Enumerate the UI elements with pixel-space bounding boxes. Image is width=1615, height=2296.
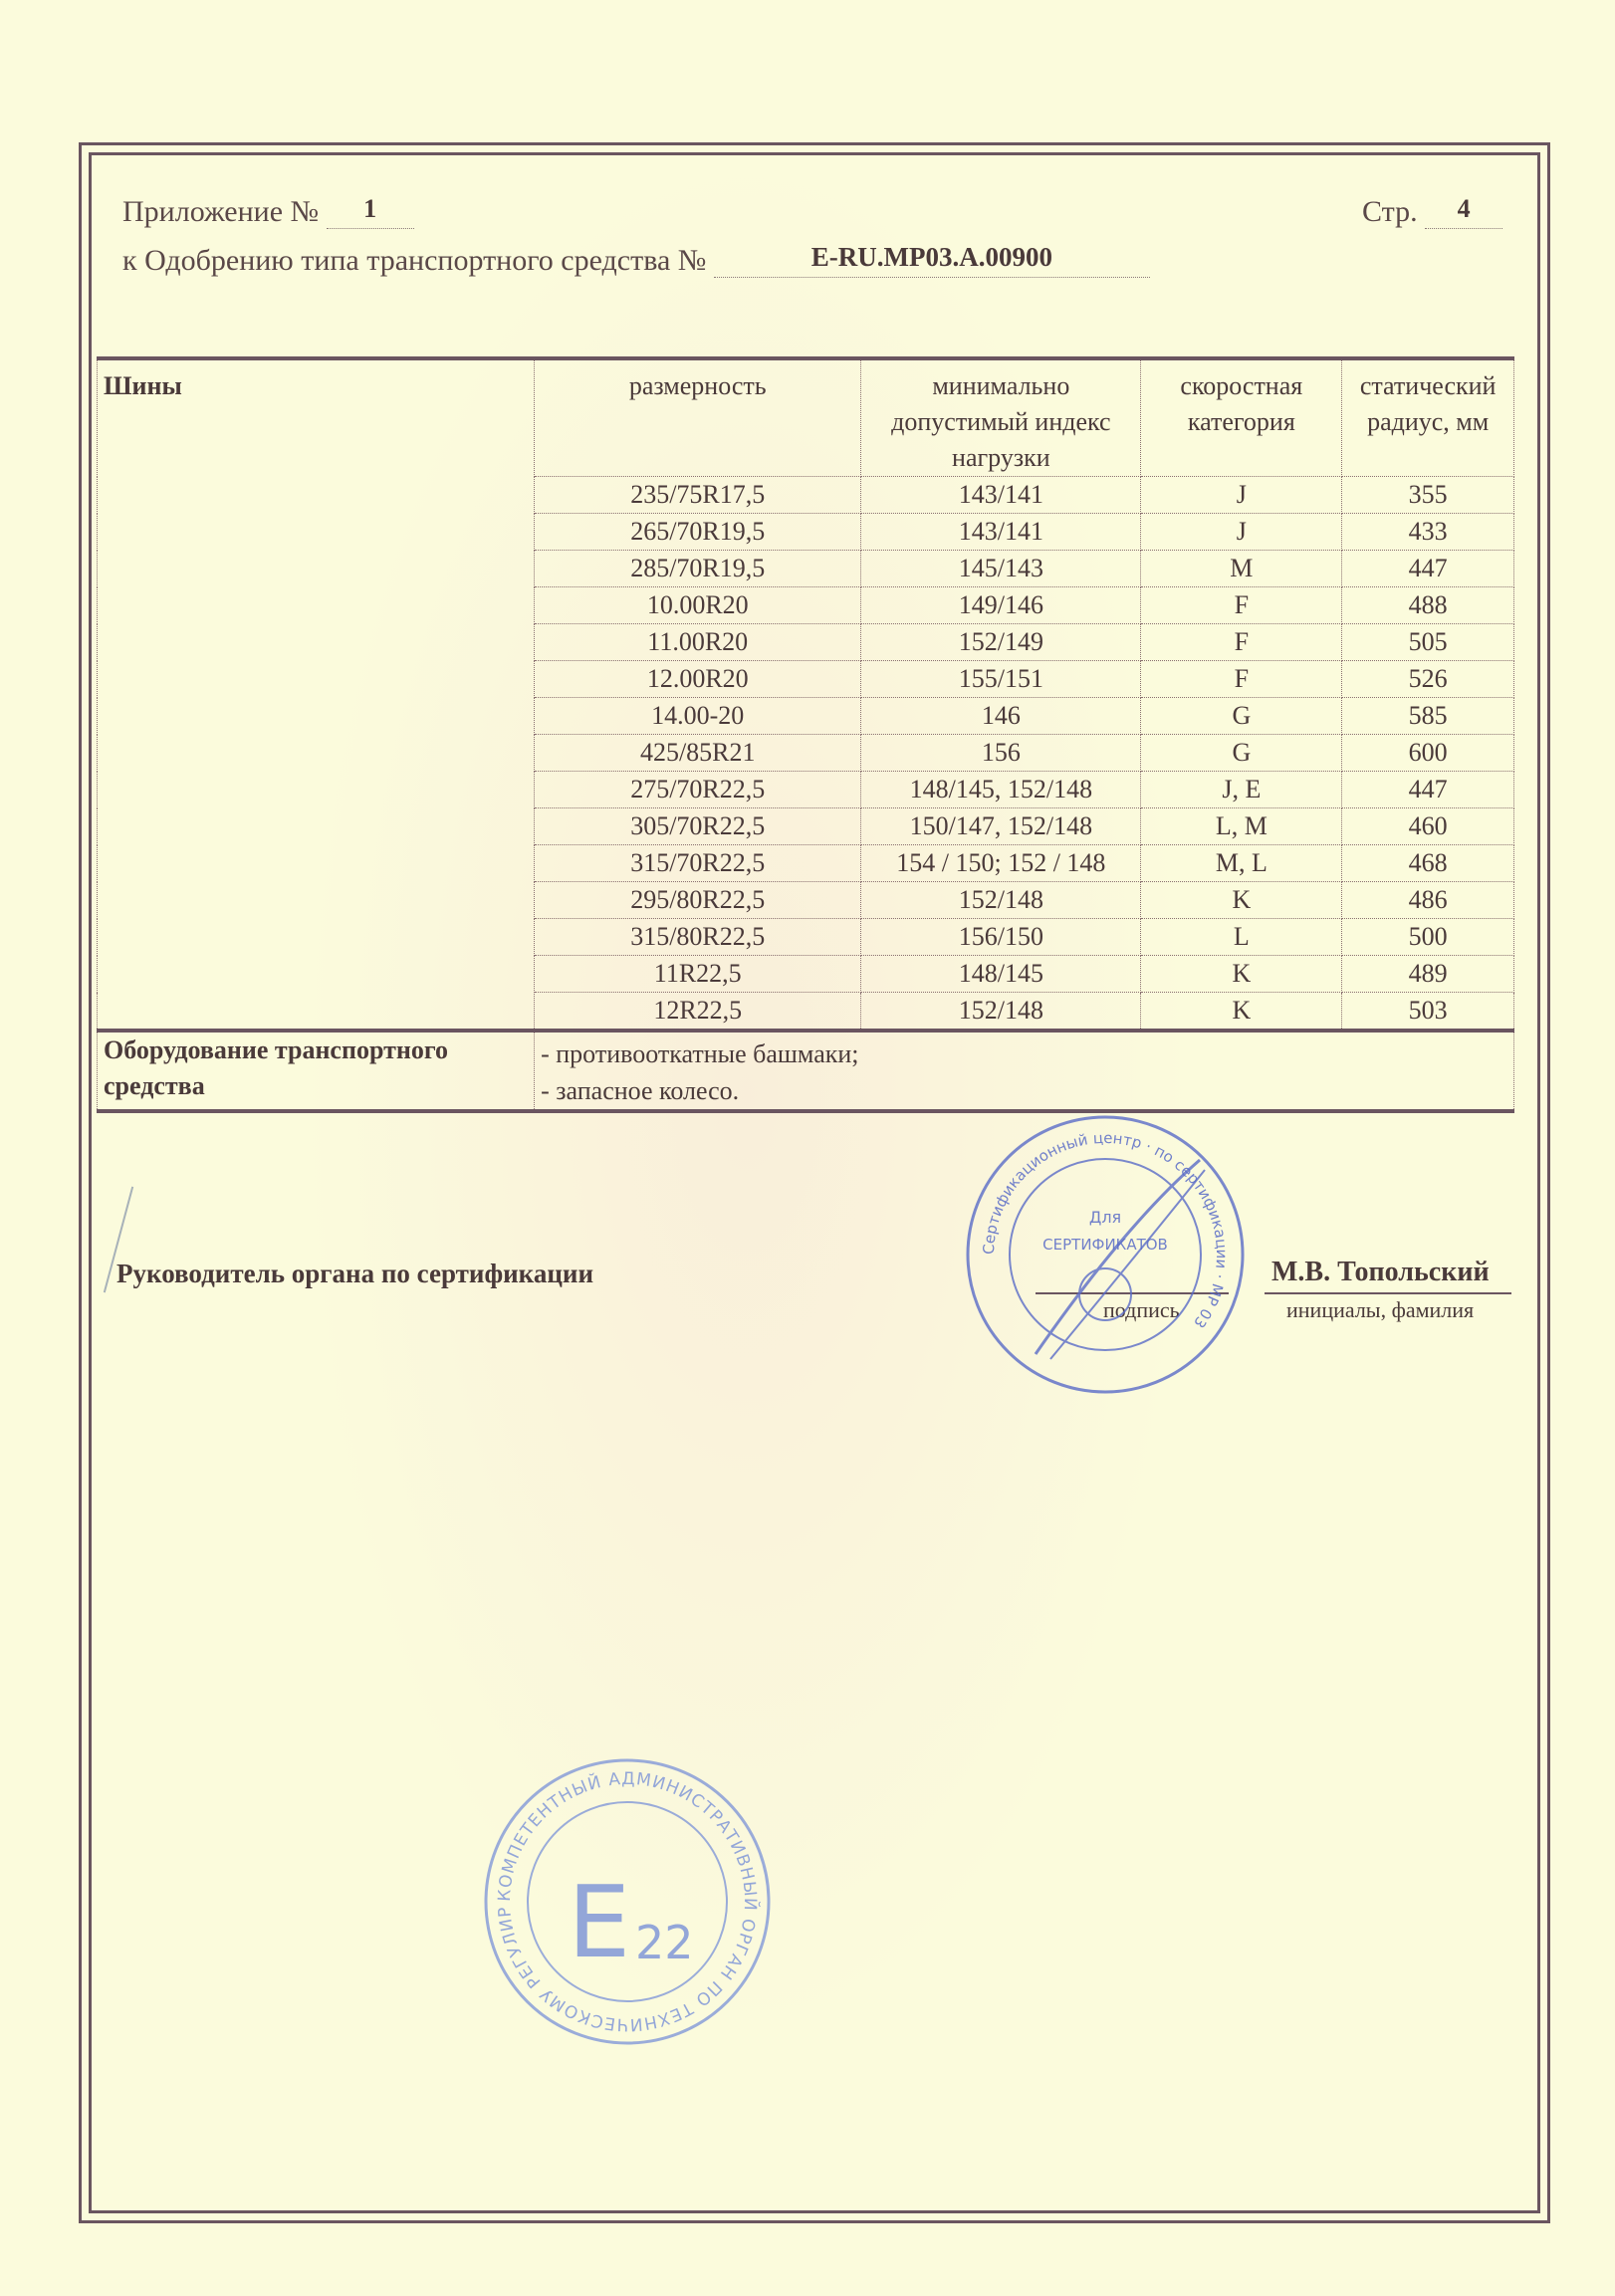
- static-radius-cell: 447: [1342, 772, 1514, 808]
- equipment-label: Оборудование транспортного средства: [98, 1031, 535, 1111]
- static-radius-cell: 355: [1342, 477, 1514, 514]
- speed-category-cell: K: [1141, 882, 1342, 919]
- speed-category-cell: F: [1141, 661, 1342, 698]
- name-caption: инициалы, фамилия: [1286, 1297, 1474, 1323]
- e22-stamp-number: 22: [635, 1916, 694, 1969]
- column-header-load-index: минимально допустимый индекс нагрузки: [861, 358, 1141, 477]
- tyre-size-cell: 10.00R20: [535, 587, 861, 624]
- speed-category-cell: J: [1141, 514, 1342, 551]
- cert-stamp-text-2: СЕРТИФИКАТОВ: [1042, 1236, 1168, 1254]
- static-radius-cell: 489: [1342, 956, 1514, 993]
- tyre-size-cell: 305/70R22,5: [535, 808, 861, 845]
- speed-category-cell: J: [1141, 477, 1342, 514]
- appendix-number-field: 1: [327, 200, 414, 229]
- tyre-size-cell: 315/80R22,5: [535, 919, 861, 956]
- tyre-size-cell: 12R22,5: [535, 993, 861, 1032]
- static-radius-cell: 505: [1342, 624, 1514, 661]
- speed-category-cell: M, L: [1141, 845, 1342, 882]
- tyre-size-cell: 11.00R20: [535, 624, 861, 661]
- page-number: 4: [1425, 194, 1502, 224]
- load-index-cell: 150/147, 152/148: [861, 808, 1141, 845]
- appendix-line: Приложение № 1: [122, 195, 414, 229]
- page-label: Стр.: [1362, 195, 1418, 228]
- tyre-size-cell: 12.00R20: [535, 661, 861, 698]
- load-index-cell: 156: [861, 735, 1141, 772]
- static-radius-cell: 585: [1342, 698, 1514, 735]
- column-header-speed: скоростная категория: [1141, 358, 1342, 477]
- load-index-cell: 149/146: [861, 587, 1141, 624]
- load-index-cell: 145/143: [861, 551, 1141, 587]
- static-radius-cell: 447: [1342, 551, 1514, 587]
- signer-name: М.В. Топольский: [1271, 1257, 1490, 1288]
- load-index-cell: 146: [861, 698, 1141, 735]
- cert-stamp-text-1: Для: [1089, 1208, 1121, 1227]
- speed-category-cell: G: [1141, 735, 1342, 772]
- static-radius-cell: 460: [1342, 808, 1514, 845]
- signatory-title: Руководитель органа по сертификации: [116, 1259, 593, 1289]
- speed-category-cell: M: [1141, 551, 1342, 587]
- tyre-size-cell: 11R22,5: [535, 956, 861, 993]
- static-radius-cell: 500: [1342, 919, 1514, 956]
- load-index-cell: 152/149: [861, 624, 1141, 661]
- column-header-size: размерность: [535, 358, 861, 477]
- load-index-cell: 156/150: [861, 919, 1141, 956]
- load-index-cell: 148/145, 152/148: [861, 772, 1141, 808]
- appendix-label: Приложение №: [122, 195, 319, 228]
- tyre-size-cell: 425/85R21: [535, 735, 861, 772]
- load-index-cell: 148/145: [861, 956, 1141, 993]
- tyre-size-cell: 285/70R19,5: [535, 551, 861, 587]
- tyres-header-row: Шины размерность минимально допустимый и…: [98, 358, 1514, 477]
- speed-category-cell: F: [1141, 624, 1342, 661]
- static-radius-cell: 503: [1342, 993, 1514, 1032]
- certification-stamp-icon: Сертификационный центр · по сертификации…: [956, 1105, 1255, 1404]
- speed-category-cell: K: [1141, 993, 1342, 1032]
- speed-category-cell: F: [1141, 587, 1342, 624]
- speed-category-cell: G: [1141, 698, 1342, 735]
- load-index-cell: 152/148: [861, 993, 1141, 1032]
- tyre-size-cell: 315/70R22,5: [535, 845, 861, 882]
- page-number-field: 4: [1425, 200, 1502, 229]
- approval-label: к Одобрению типа транспортного средства …: [122, 244, 706, 277]
- name-line: [1265, 1292, 1511, 1294]
- equipment-list: - противооткатные башмаки; - запасное ко…: [535, 1031, 1514, 1111]
- load-index-cell: 154 / 150; 152 / 148: [861, 845, 1141, 882]
- tyre-size-cell: 295/80R22,5: [535, 882, 861, 919]
- load-index-cell: 152/148: [861, 882, 1141, 919]
- static-radius-cell: 488: [1342, 587, 1514, 624]
- speed-category-cell: K: [1141, 956, 1342, 993]
- speed-category-cell: L: [1141, 919, 1342, 956]
- column-header-radius: статический радиус, мм: [1342, 358, 1514, 477]
- page-number-line: Стр. 4: [1362, 195, 1502, 229]
- specification-table: Шины размерность минимально допустимый и…: [97, 356, 1514, 1113]
- e22-stamp-mark: E: [568, 1864, 630, 1980]
- appendix-number: 1: [327, 194, 414, 224]
- speed-category-cell: J, E: [1141, 772, 1342, 808]
- static-radius-cell: 433: [1342, 514, 1514, 551]
- approval-number-field: E-RU.MP03.A.00900: [714, 249, 1150, 278]
- approval-number: E-RU.MP03.A.00900: [714, 242, 1150, 273]
- tyre-size-cell: 265/70R19,5: [535, 514, 861, 551]
- tyre-size-cell: 235/75R17,5: [535, 477, 861, 514]
- e22-approval-stamp-icon: КОМПЕТЕНТНЫЙ АДМИНИСТРАТИВНЫЙ ОРГАН ПО Т…: [468, 1752, 787, 2051]
- static-radius-cell: 486: [1342, 882, 1514, 919]
- tyre-size-cell: 14.00-20: [535, 698, 861, 735]
- load-index-cell: 143/141: [861, 514, 1141, 551]
- load-index-cell: 143/141: [861, 477, 1141, 514]
- static-radius-cell: 600: [1342, 735, 1514, 772]
- static-radius-cell: 526: [1342, 661, 1514, 698]
- tyres-section-label: Шины: [98, 358, 535, 1031]
- speed-category-cell: L, M: [1141, 808, 1342, 845]
- load-index-cell: 155/151: [861, 661, 1141, 698]
- approval-line: к Одобрению типа транспортного средства …: [122, 244, 1150, 278]
- tyre-size-cell: 275/70R22,5: [535, 772, 861, 808]
- static-radius-cell: 468: [1342, 845, 1514, 882]
- equipment-item: - запасное колесо.: [541, 1072, 1507, 1109]
- equipment-item: - противооткатные башмаки;: [541, 1035, 1507, 1072]
- equipment-row: Оборудование транспортного средства - пр…: [98, 1031, 1514, 1111]
